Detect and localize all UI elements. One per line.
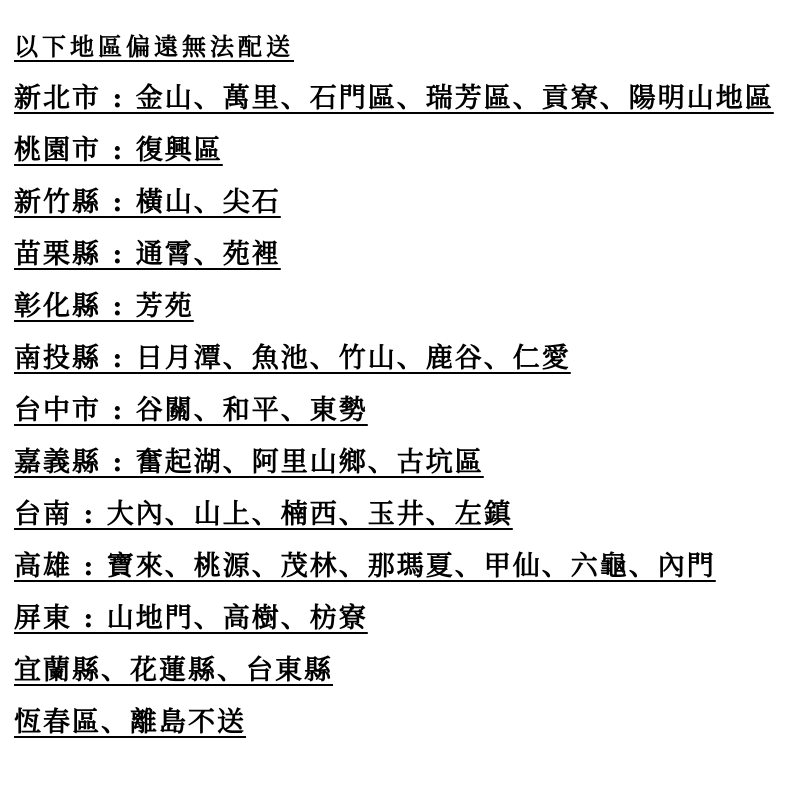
notice-title-text: 以下地區偏遠無法配送 <box>14 32 294 61</box>
exclusion-line-nantou: 南投縣 : 日月潭、魚池、竹山、鹿谷、仁愛 <box>14 333 784 385</box>
exclusion-line-taoyuan: 桃園市 : 復興區 <box>14 125 784 177</box>
exclusion-line-pingtung: 屏東 : 山地門、高樹、枋寮 <box>14 593 784 645</box>
exclusion-line-text: 彰化縣 : 芳苑 <box>14 291 194 322</box>
exclusion-line-text: 高雄 : 寶來、桃源、茂林、那瑪夏、甲仙、六龜、內門 <box>14 551 716 582</box>
exclusion-line-miaoli: 苗栗縣 : 通霄、苑裡 <box>14 229 784 281</box>
exclusion-line-text: 嘉義縣 : 奮起湖、阿里山鄉、古坑區 <box>14 447 484 478</box>
notice-title: 以下地區偏遠無法配送 <box>14 21 784 73</box>
exclusion-line-text: 台中市 : 谷關、和平、東勢 <box>14 395 368 426</box>
exclusion-line-xinbei: 新北市 : 金山、萬里、石門區、瑞芳區、貢寮、陽明山地區 <box>14 73 784 125</box>
delivery-exclusion-notice: 以下地區偏遠無法配送 新北市 : 金山、萬里、石門區、瑞芳區、貢寮、陽明山地區 … <box>0 0 792 749</box>
exclusion-line-hengchun-islands: 恆春區、離島不送 <box>14 697 784 749</box>
exclusion-line-text: 桃園市 : 復興區 <box>14 135 223 166</box>
exclusion-line-text: 宜蘭縣、花蓮縣、台東縣 <box>14 655 333 686</box>
exclusion-line-tainan: 台南 : 大內、山上、楠西、玉井、左鎮 <box>14 489 784 541</box>
exclusion-line-hsinchu: 新竹縣 : 橫山、尖石 <box>14 177 784 229</box>
exclusion-line-east-counties: 宜蘭縣、花蓮縣、台東縣 <box>14 645 784 697</box>
exclusion-line-kaohsiung: 高雄 : 寶來、桃源、茂林、那瑪夏、甲仙、六龜、內門 <box>14 541 784 593</box>
exclusion-line-chiayi: 嘉義縣 : 奮起湖、阿里山鄉、古坑區 <box>14 437 784 489</box>
exclusion-line-text: 恆春區、離島不送 <box>14 707 246 738</box>
exclusion-line-text: 屏東 : 山地門、高樹、枋寮 <box>14 603 368 634</box>
exclusion-line-text: 南投縣 : 日月潭、魚池、竹山、鹿谷、仁愛 <box>14 343 571 374</box>
exclusion-line-text: 新竹縣 : 橫山、尖石 <box>14 187 281 218</box>
exclusion-line-text: 新北市 : 金山、萬里、石門區、瑞芳區、貢寮、陽明山地區 <box>14 83 774 114</box>
exclusion-line-text: 台南 : 大內、山上、楠西、玉井、左鎮 <box>14 499 513 530</box>
exclusion-line-taichung: 台中市 : 谷關、和平、東勢 <box>14 385 784 437</box>
exclusion-line-changhua: 彰化縣 : 芳苑 <box>14 281 784 333</box>
exclusion-line-text: 苗栗縣 : 通霄、苑裡 <box>14 239 281 270</box>
